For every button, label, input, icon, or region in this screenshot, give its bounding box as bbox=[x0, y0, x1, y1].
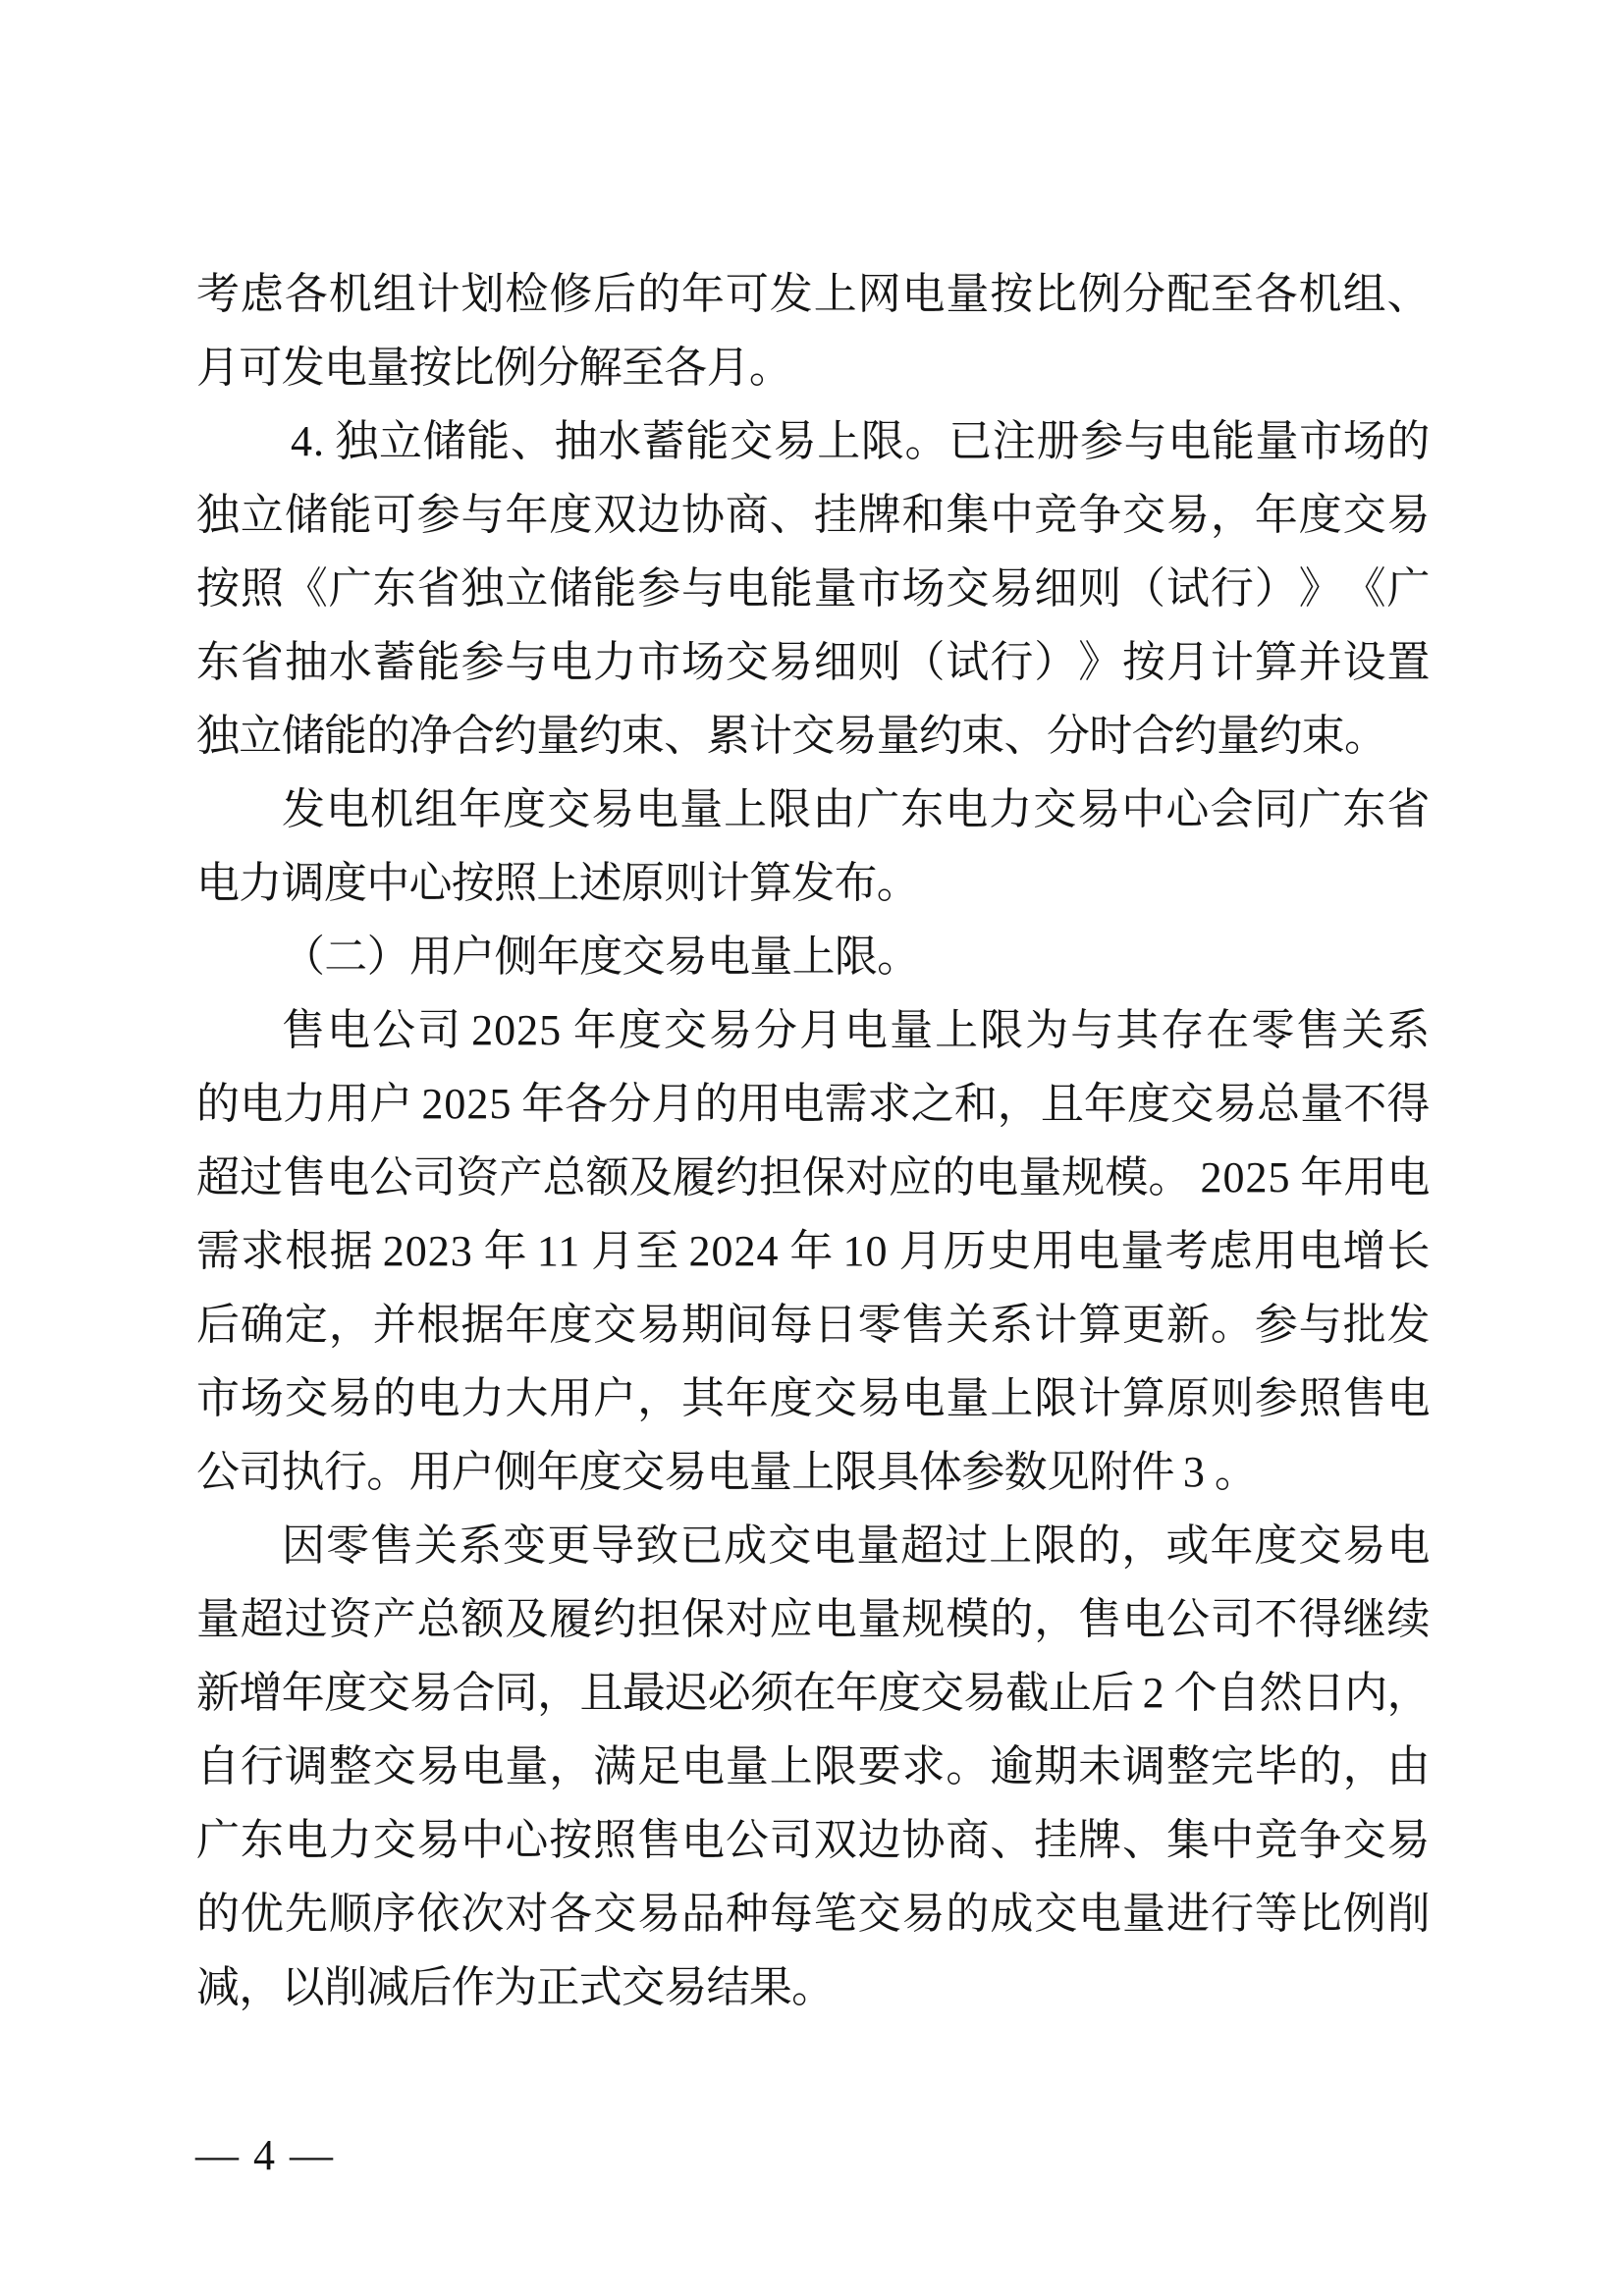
text-line: （二）用户侧年度交易电量上限。 bbox=[196, 920, 1430, 993]
text-line: 独立储能可参与年度双边协商、挂牌和集中竞争交易，年度交易 bbox=[196, 478, 1430, 552]
text-line: 公司执行。用户侧年度交易电量上限具体参数见附件3。 bbox=[196, 1435, 1430, 1509]
text-line: 广东电力交易中心按照售电公司双边协商、挂牌、集中竞争交易 bbox=[196, 1803, 1430, 1877]
document-page: 考虑各机组计划检修后的年可发上网电量按比例分配至各机组、月可发电量按比例分解至各… bbox=[0, 0, 1624, 2296]
text-line: 电力调度中心按照上述原则计算发布。 bbox=[196, 846, 1430, 920]
para-generator-annual-limit-publish: 发电机组年度交易电量上限由广东电力交易中心会同广东省电力调度中心按照上述原则计算… bbox=[196, 773, 1430, 920]
text-line: 考虑各机组计划检修后的年可发上网电量按比例分配至各机组、 bbox=[196, 257, 1430, 331]
text-line: 自行调整交易电量，满足电量上限要求。逾期未调整完毕的，由 bbox=[196, 1730, 1430, 1803]
text-line: 4.独立储能、抽水蓄能交易上限。已注册参与电能量市场的 bbox=[196, 404, 1430, 478]
text-line: 市场交易的电力大用户，其年度交易电量上限计算原则参照售电 bbox=[196, 1362, 1430, 1435]
para-retail-relationship-change-overrun: 因零售关系变更导致已成交电量超过上限的，或年度交易电量超过资产总额及履约担保对应… bbox=[196, 1509, 1430, 2024]
page-number: — 4 — bbox=[195, 2134, 335, 2177]
text-line: 新增年度交易合同，且最迟必须在年度交易截止后2个自然日内， bbox=[196, 1656, 1430, 1730]
para-unit-allocation-continued: 考虑各机组计划检修后的年可发上网电量按比例分配至各机组、月可发电量按比例分解至各… bbox=[196, 257, 1430, 404]
text-line: 售电公司2025年度交易分月电量上限为与其存在零售关系 bbox=[196, 993, 1430, 1067]
text-line: 独立储能的净合约量约束、累计交易量约束、分时合约量约束。 bbox=[196, 699, 1430, 773]
text-line: 月可发电量按比例分解至各月。 bbox=[196, 331, 1430, 404]
para-retailer-2025-monthly-limit: 售电公司2025年度交易分月电量上限为与其存在零售关系的电力用户2025年各分月… bbox=[196, 993, 1430, 1509]
text-line: 减，以削减后作为正式交易结果。 bbox=[196, 1950, 1430, 2024]
text-line: 按照《广东省独立储能参与电能量市场交易细则（试行）》《广 bbox=[196, 552, 1430, 625]
text-line: 后确定，并根据年度交易期间每日零售关系计算更新。参与批发 bbox=[196, 1288, 1430, 1362]
text-line: 的电力用户2025年各分月的用电需求之和，且年度交易总量不得 bbox=[196, 1067, 1430, 1141]
text-line: 的优先顺序依次对各交易品种每笔交易的成交电量进行等比例削 bbox=[196, 1877, 1430, 1950]
text-line: 需求根据2023年11月至2024年10月历史用电量考虑用电增长 bbox=[196, 1214, 1430, 1288]
heading-2-user-side-annual-limit: （二）用户侧年度交易电量上限。 bbox=[196, 920, 1430, 993]
document-body: 考虑各机组计划检修后的年可发上网电量按比例分配至各机组、月可发电量按比例分解至各… bbox=[196, 257, 1430, 2024]
text-line: 东省抽水蓄能参与电力市场交易细则（试行）》按月计算并设置 bbox=[196, 625, 1430, 699]
text-line: 因零售关系变更导致已成交电量超过上限的，或年度交易电 bbox=[196, 1509, 1430, 1582]
para-4-independent-storage-limits: 4.独立储能、抽水蓄能交易上限。已注册参与电能量市场的独立储能可参与年度双边协商… bbox=[196, 404, 1430, 773]
text-line: 量超过资产总额及履约担保对应电量规模的，售电公司不得继续 bbox=[196, 1582, 1430, 1656]
text-line: 发电机组年度交易电量上限由广东电力交易中心会同广东省 bbox=[196, 773, 1430, 846]
text-line: 超过售电公司资产总额及履约担保对应的电量规模。2025年用电 bbox=[196, 1141, 1430, 1214]
